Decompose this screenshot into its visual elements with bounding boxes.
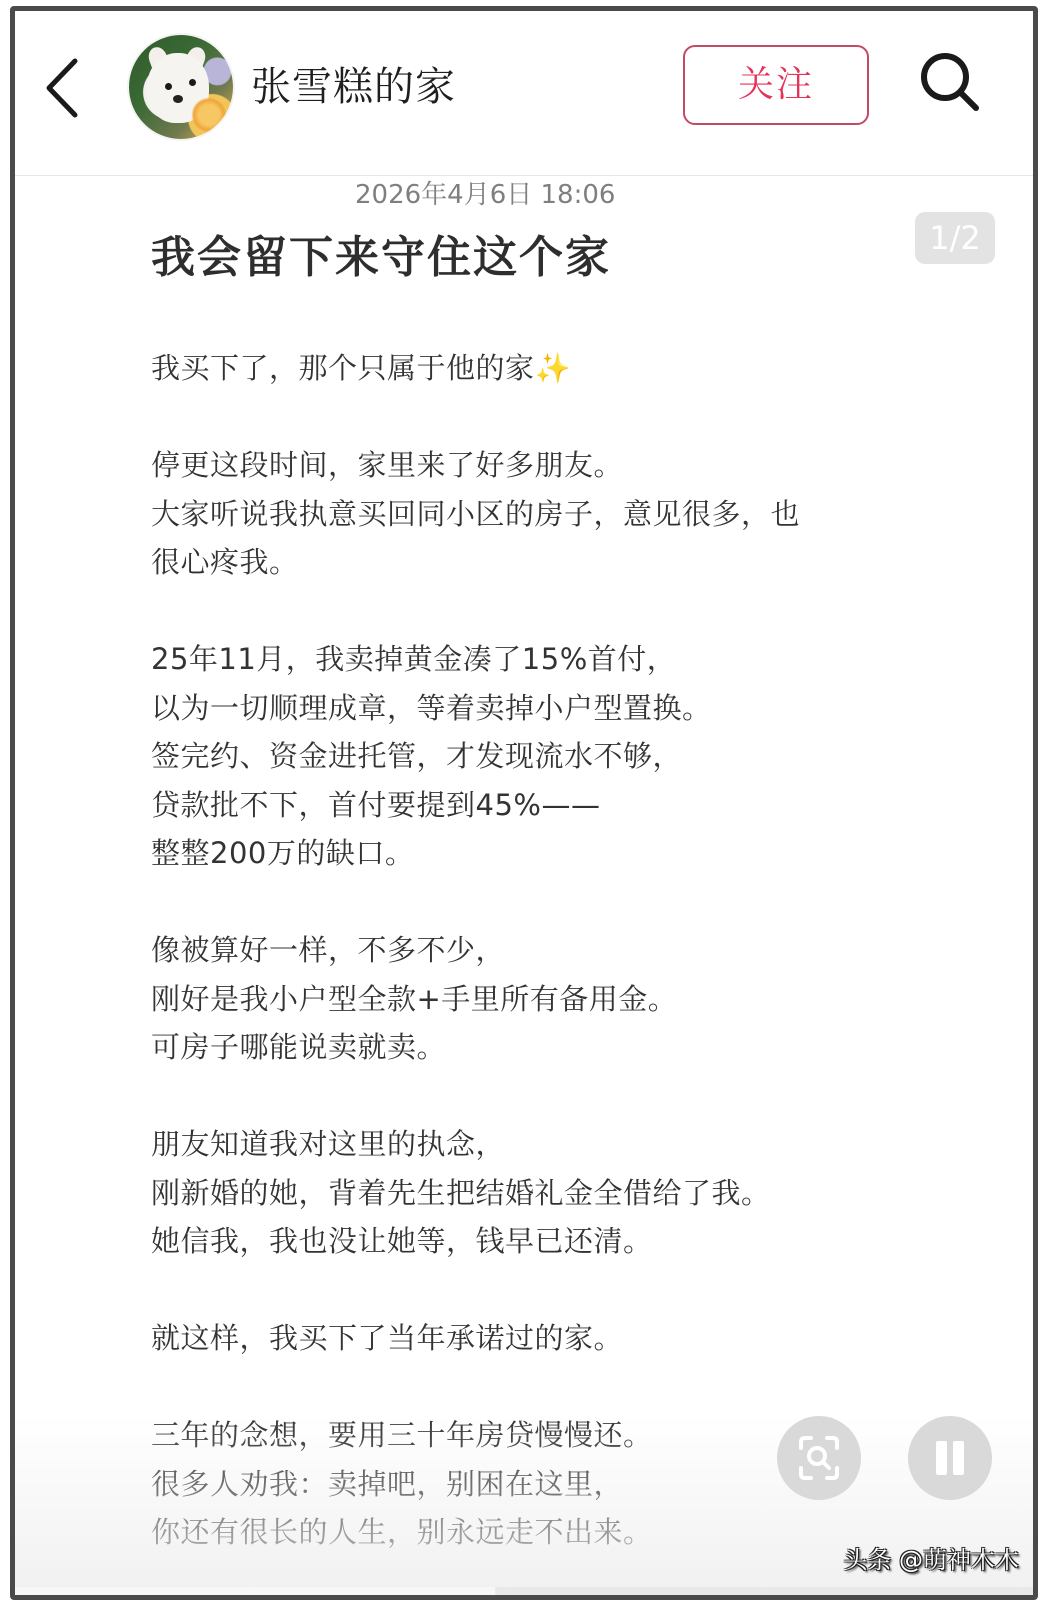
body-line-blank xyxy=(151,393,871,442)
body-line-blank xyxy=(151,1072,871,1121)
avatar-dog-eye xyxy=(189,79,196,86)
avatar-flower xyxy=(191,97,227,133)
page-indicator-badge: 1/2 xyxy=(915,212,995,264)
search-button[interactable] xyxy=(915,47,985,117)
top-nav-bar: 张雪糕的家 关注 xyxy=(15,11,1033,176)
body-line: 她信我，我也没让她等，钱早已还清。 xyxy=(151,1217,871,1266)
avatar-dog-nose xyxy=(173,95,183,103)
reading-progress-fill xyxy=(15,1587,495,1595)
scan-search-icon xyxy=(777,1416,861,1500)
pause-bar xyxy=(953,1441,964,1475)
body-line: 签完约、资金进托管，才发现流水不够， xyxy=(151,732,871,781)
body-line: 很心疼我。 xyxy=(151,538,871,587)
body-line: 25年11月，我卖掉黄金凑了15%首付， xyxy=(151,635,871,684)
body-line: 刚好是我小户型全款+手里所有备用金。 xyxy=(151,975,871,1024)
avatar[interactable] xyxy=(129,35,233,139)
body-line-blank xyxy=(151,587,871,636)
body-line: 贷款批不下，首付要提到45%—— xyxy=(151,781,871,830)
body-line: 整整200万的缺口。 xyxy=(151,829,871,878)
body-line-blank xyxy=(151,1363,871,1412)
body-line: 停更这段时间，家里来了好多朋友。 xyxy=(151,441,871,490)
body-line: 刚新婚的她，背着先生把结婚礼金全借给了我。 xyxy=(151,1169,871,1218)
reading-progress-track xyxy=(15,1587,1033,1595)
body-line: 像被算好一样，不多不少， xyxy=(151,926,871,975)
username[interactable]: 张雪糕的家 xyxy=(251,63,456,111)
screenshot-frame: 张雪糕的家 关注 2026年4月6日 18:06 1/2 我会留下来守住这个家 … xyxy=(10,6,1038,1600)
sparkles-icon: ✨ xyxy=(535,351,572,385)
post-content: 2026年4月6日 18:06 1/2 我会留下来守住这个家 我买下了，那个只属… xyxy=(15,176,1033,1595)
post-timestamp: 2026年4月6日 18:06 xyxy=(355,178,615,212)
body-line: 以为一切顺理成章，等着卖掉小户型置换。 xyxy=(151,684,871,733)
body-line: 三年的念想，要用三十年房贷慢慢还。 xyxy=(151,1411,871,1460)
body-line: 朋友知道我对这里的执念， xyxy=(151,1120,871,1169)
scan-search-button[interactable] xyxy=(777,1416,861,1500)
post-body: 我买下了，那个只属于他的家✨ 停更这段时间，家里来了好多朋友。 大家听说我执意买… xyxy=(151,344,871,1557)
body-line: 很多人劝我：卖掉吧，别困在这里， xyxy=(151,1460,871,1509)
pause-bar xyxy=(936,1441,947,1475)
body-line: 我买下了，那个只属于他的家✨ xyxy=(151,344,871,393)
body-line: 你还有很长的人生，别永远走不出来。 xyxy=(151,1508,871,1557)
body-line-blank xyxy=(151,1266,871,1315)
body-line-text: 我买下了，那个只属于他的家 xyxy=(151,351,535,385)
body-line: 可房子哪能说卖就卖。 xyxy=(151,1023,871,1072)
body-line-blank xyxy=(151,878,871,927)
body-line: 就这样，我买下了当年承诺过的家。 xyxy=(151,1314,871,1363)
post-title: 我会留下来守住这个家 xyxy=(151,230,611,286)
back-button[interactable] xyxy=(39,53,89,123)
chevron-left-icon xyxy=(39,53,89,123)
body-line: 大家听说我执意买回同小区的房子，意见很多，也 xyxy=(151,490,871,539)
avatar-dog-eye xyxy=(165,83,172,90)
watermark: 头条 @萌神木木 xyxy=(843,1545,1019,1575)
search-icon xyxy=(915,47,985,117)
pause-button[interactable] xyxy=(908,1416,992,1500)
follow-button[interactable]: 关注 xyxy=(683,45,869,125)
